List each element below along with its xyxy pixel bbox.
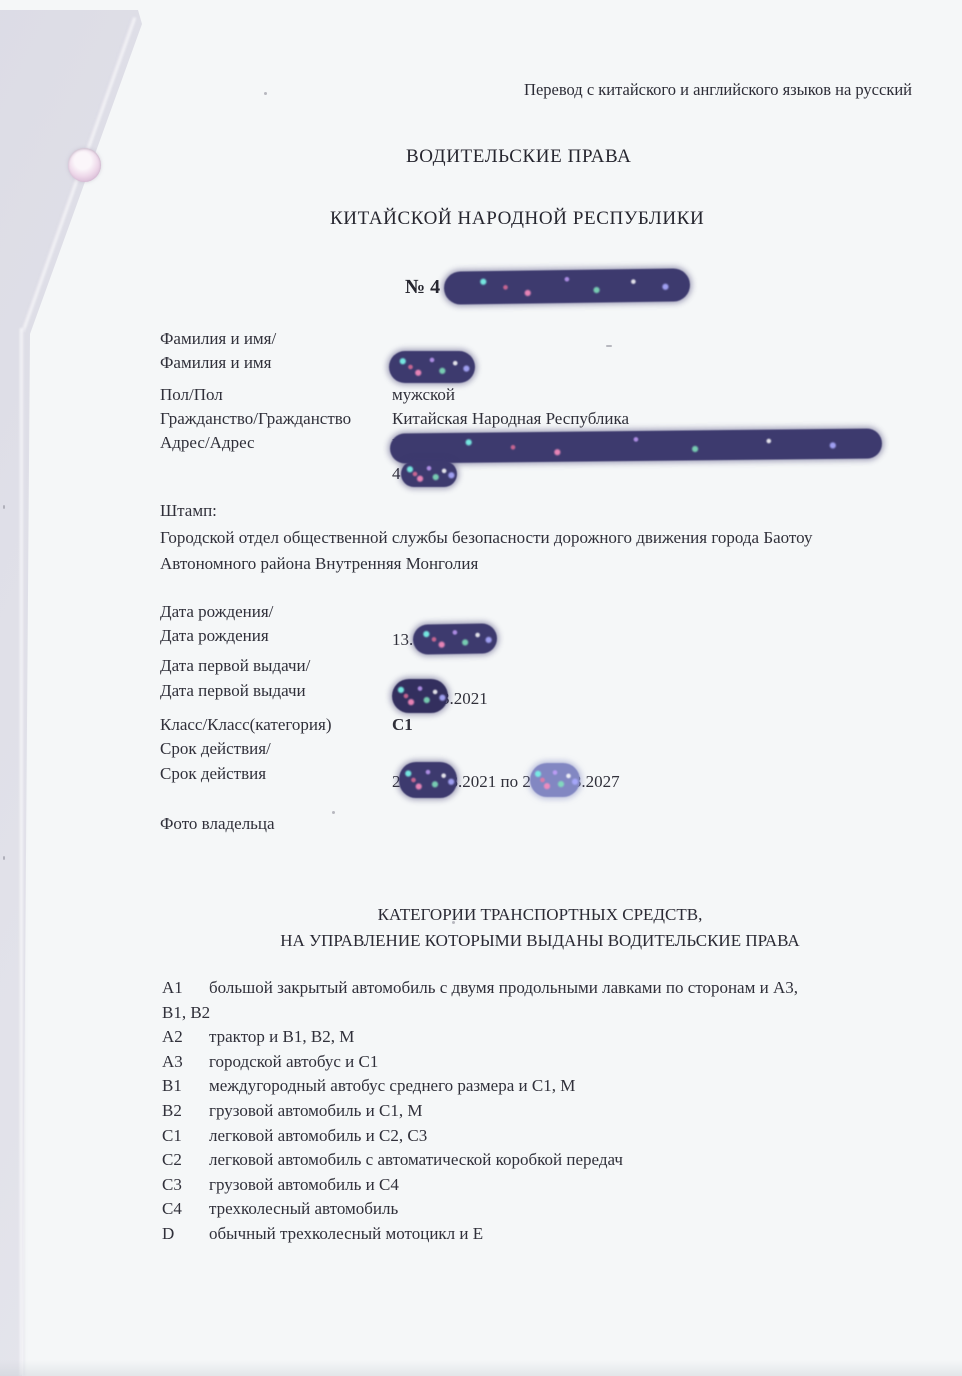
category-row: B2грузовой автомобиль и C1, M	[162, 1099, 868, 1124]
validity-visible: 3.2027	[573, 772, 620, 791]
validity-visible: 3.2021 по 2	[450, 772, 531, 791]
field-row: Класс/Класс(категория) C1	[160, 713, 940, 737]
category-description: большой закрытый автомобиль с двумя прод…	[209, 978, 798, 997]
birth-date-visible: 13.	[392, 630, 413, 649]
field-value-address-line2: 4	[392, 461, 940, 487]
field-label: Срок действия/	[160, 737, 392, 761]
category-code: A3	[162, 1050, 209, 1075]
redaction-blob-first-issue	[392, 679, 448, 713]
category-row: C3грузовой автомобиль и C4	[162, 1173, 868, 1198]
category-row: A2трактор и B1, B2, M	[162, 1025, 868, 1050]
category-row: C4трехколесный автомобиль	[162, 1197, 868, 1222]
categories-heading-line2: НА УПРАВЛЕНИЕ КОТОРЫМИ ВЫДАНЫ ВОДИТЕЛЬСК…	[100, 928, 962, 954]
field-row: Фамилия и имя Ч1	[160, 351, 940, 383]
category-description: трактор и B1, B2, M	[209, 1027, 354, 1046]
photo-label: Фото владельца	[160, 814, 275, 834]
field-row: Адрес/Адрес П	[160, 431, 940, 461]
category-row: C2легковой автомобиль с автоматической к…	[162, 1148, 868, 1173]
category-description: грузовой автомобиль и C4	[209, 1175, 399, 1194]
categories-heading: КАТЕГОРИИ ТРАНСПОРТНЫХ СРЕДСТВ, НА УПРАВ…	[100, 902, 962, 954]
category-code: B1	[162, 1074, 209, 1099]
field-value-class: C1	[392, 713, 940, 737]
field-row: Срок действия 23.2021 по 23.2027	[160, 762, 940, 798]
scan-bottom-shadow	[0, 1360, 962, 1376]
category-description: городской автобус и C1	[209, 1052, 378, 1071]
category-description: грузовой автомобиль и C1, M	[209, 1101, 422, 1120]
translation-note: Перевод с китайского и английского языко…	[300, 80, 912, 100]
stamp-text-line1: Городской отдел общественной службы безо…	[160, 525, 930, 552]
category-row: B1междугородный автобус среднего размера…	[162, 1074, 868, 1099]
field-value-name: Ч1	[392, 351, 940, 383]
category-code: D	[162, 1222, 209, 1247]
category-row: A1большой закрытый автомобиль с двумя пр…	[162, 976, 868, 1025]
field-label: Адрес/Адрес	[160, 431, 392, 461]
field-value-birth-date: 13.	[392, 624, 940, 654]
field-value-citizenship: Китайская Народная Республика	[392, 407, 940, 431]
category-description: трехколесный автомобиль	[209, 1199, 398, 1218]
field-label: Фамилия и имя	[160, 351, 392, 383]
document-title: ВОДИТЕЛЬСКИЕ ПРАВА	[406, 146, 631, 168]
category-code: A1	[162, 976, 209, 1001]
field-row: Пол/Пол мужской	[160, 383, 940, 407]
field-label: Дата рождения/	[160, 600, 392, 624]
category-code: B2	[162, 1099, 209, 1124]
field-label: Срок действия	[160, 762, 392, 798]
field-row: Дата первой выдачи 3.2021	[160, 679, 940, 713]
field-value-validity: 23.2021 по 23.2027	[392, 762, 940, 798]
license-number-prefix: № 4	[405, 276, 440, 298]
category-code: C1	[162, 1124, 209, 1149]
dates-block: Дата рождения/ Дата рождения 13. Дата пе…	[160, 600, 940, 798]
category-code: C4	[162, 1197, 209, 1222]
categories-list: A1большой закрытый автомобиль с двумя пр…	[162, 976, 868, 1247]
category-code: C3	[162, 1173, 209, 1198]
stamp-block: Штамп: Городской отдел общественной служ…	[160, 498, 930, 578]
dust-speck	[3, 505, 5, 509]
field-row: Дата первой выдачи/	[160, 654, 940, 678]
dust-speck	[264, 92, 267, 95]
redaction-blob-name	[389, 351, 475, 383]
category-code: C2	[162, 1148, 209, 1173]
field-row: Гражданство/Гражданство Китайская Народн…	[160, 407, 940, 431]
holder-info-block: Фамилия и имя/ Фамилия и имя Ч1 Пол/Пол …	[160, 327, 940, 487]
stamp-label: Штамп:	[160, 498, 930, 525]
category-code: A2	[162, 1025, 209, 1050]
category-description-wrap: B1, B2	[162, 1001, 868, 1026]
stamp-text-line2: Автономного района Внутренняя Монголия	[160, 551, 930, 578]
field-label: Пол/Пол	[160, 383, 392, 407]
document-subtitle: КИТАЙСКОЙ НАРОДНОЙ РЕСПУБЛИКИ	[330, 208, 704, 230]
categories-heading-line1: КАТЕГОРИИ ТРАНСПОРТНЫХ СРЕДСТВ,	[100, 902, 962, 928]
field-value-first-issue: 3.2021	[392, 679, 940, 713]
redaction-blob-validity-1	[399, 762, 457, 798]
dust-speck	[3, 856, 5, 860]
field-value-gender: мужской	[392, 383, 940, 407]
redaction-blob-license-number	[444, 268, 690, 304]
field-row: 4	[160, 461, 940, 487]
field-label: Фамилия и имя/	[160, 327, 392, 351]
category-description: обычный трехколесный мотоцикл и E	[209, 1224, 483, 1243]
paper-edge-vertical	[20, 328, 25, 1376]
redaction-blob-address	[390, 428, 882, 463]
redaction-blob-birth-date	[413, 624, 498, 655]
category-row: A3городской автобус и C1	[162, 1050, 868, 1075]
category-description: легковой автомобиль с автоматической кор…	[209, 1150, 623, 1169]
field-label: Гражданство/Гражданство	[160, 407, 392, 431]
category-description: легковой автомобиль и C2, C3	[209, 1126, 427, 1145]
field-label: Дата первой выдачи/	[160, 654, 392, 678]
redaction-blob-validity-2	[530, 763, 580, 797]
category-row: C1легковой автомобиль и C2, C3	[162, 1124, 868, 1149]
field-row: Дата рождения 13.	[160, 624, 940, 654]
field-label	[160, 461, 392, 487]
field-label: Класс/Класс(категория)	[160, 713, 392, 737]
category-description: междугородный автобус среднего размера и…	[209, 1076, 575, 1095]
field-label: Дата рождения	[160, 624, 392, 654]
field-row: Фамилия и имя/	[160, 327, 940, 351]
punch-hole	[68, 148, 101, 182]
address-visible-fragment: 4	[392, 464, 401, 483]
field-row: Срок действия/	[160, 737, 940, 761]
field-value-address: П	[392, 431, 940, 461]
first-issue-visible: 3.2021	[441, 689, 488, 708]
field-label: Дата первой выдачи	[160, 679, 392, 713]
redaction-blob-address-2	[401, 461, 457, 487]
dust-speck	[332, 811, 335, 814]
field-row: Дата рождения/	[160, 600, 940, 624]
license-number: № 4	[405, 270, 690, 303]
category-row: Dобычный трехколесный мотоцикл и E	[162, 1222, 868, 1247]
